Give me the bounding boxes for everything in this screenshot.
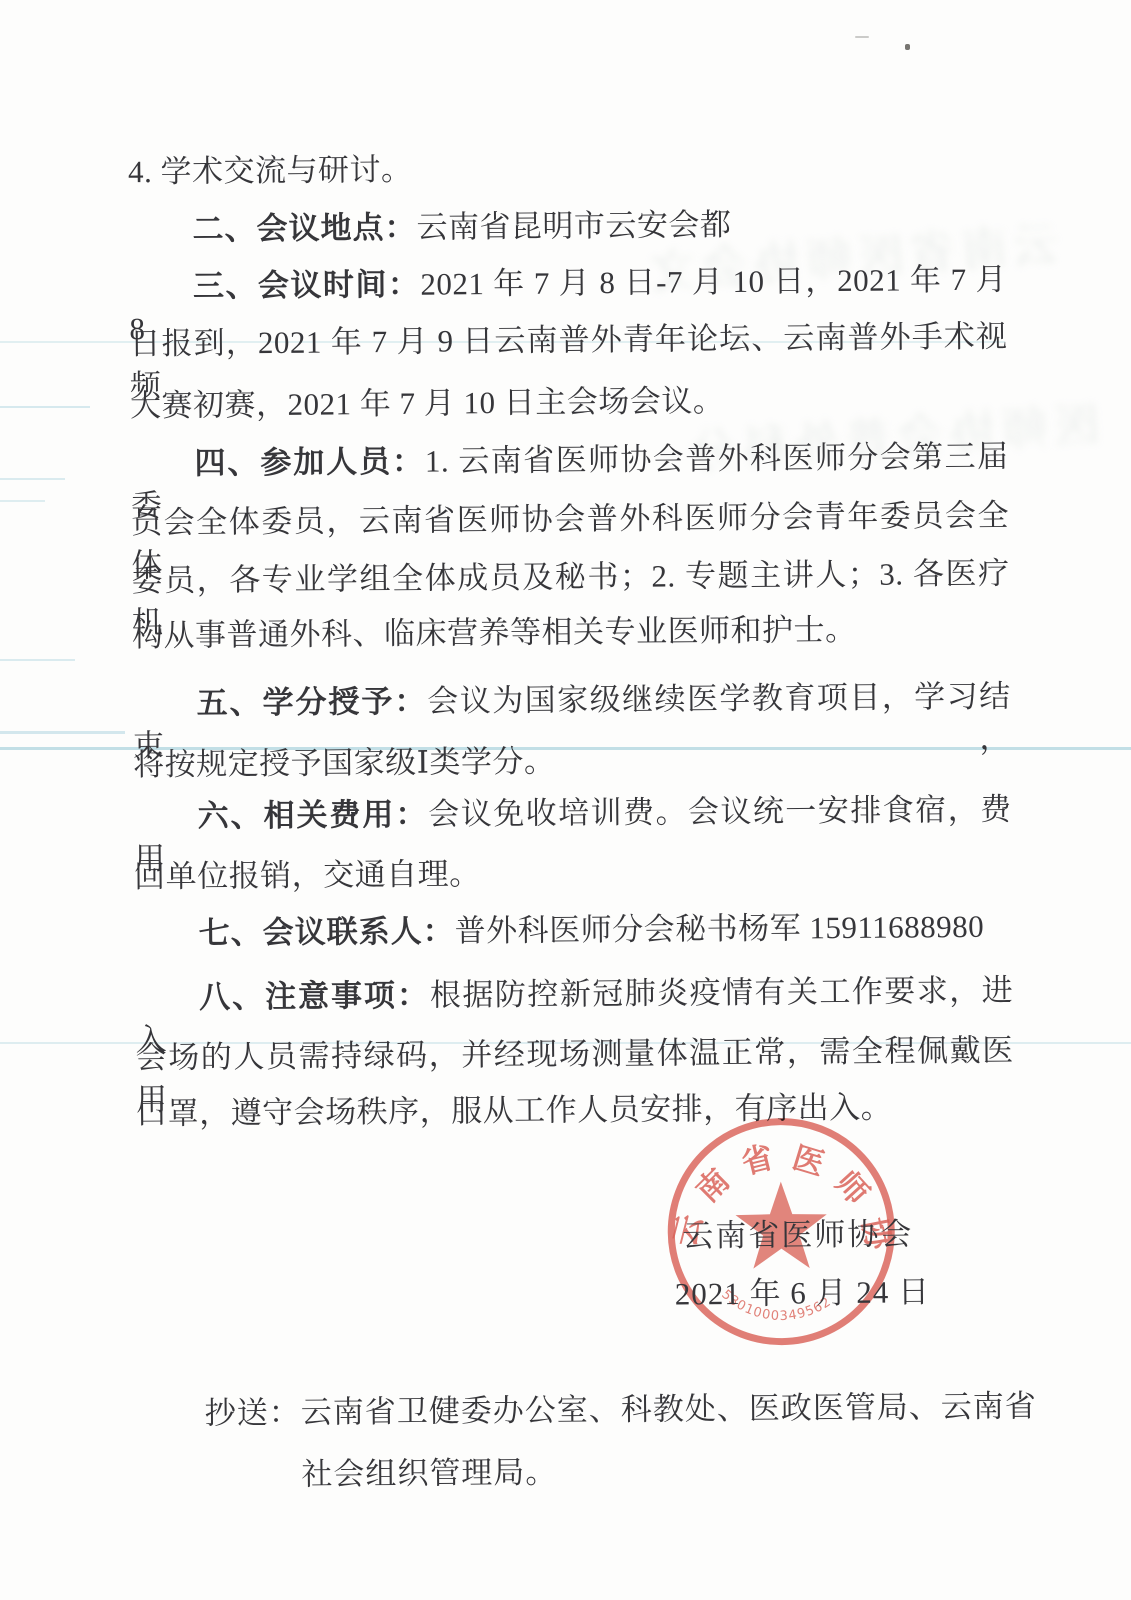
body-line: 大赛初赛，2021 年 7 月 10 日主会场会议。 bbox=[130, 378, 1008, 430]
cc-line-1: 抄送：云南省卫健委办公室、科教处、医政医管局、云南省 bbox=[205, 1380, 1037, 1432]
body-line: 五、学分授予：会议为国家级继续医学教育项目，学习结束， bbox=[132, 676, 1010, 728]
signature-org: 云南省医师协会 bbox=[682, 1208, 913, 1255]
document-page: { "page": {"background": "#fdfdfc", "tex… bbox=[0, 0, 1131, 1600]
body-line: 六、相关费用：会议免收培训费。会议统一安排食宿，费用 bbox=[133, 789, 1011, 841]
body-line: 4. 学术交流与研讨。 bbox=[128, 144, 1006, 196]
scanned-content: 4. 学术交流与研讨。 二、会议地点：云南省昆明市云安会都 三、会议时间：202… bbox=[0, 0, 1131, 1600]
body-line: 员会全体委员，云南省医师协会普外科医师分会青年委员会全体 bbox=[131, 495, 1009, 547]
body-line: 会场的人员需持绿码，并经现场测量体温正常，需全程佩戴医用 bbox=[136, 1030, 1014, 1082]
body-line: 八、注意事项：根据防控新冠肺炎疫情有关工作要求，进入 bbox=[135, 970, 1013, 1022]
body-line: 三、会议时间：2021 年 7 月 8 日-7 月 10 日，2021 年 7 … bbox=[129, 259, 1007, 311]
body-line: 四、参加人员：1. 云南省医师协会普外科医师分会第三届委 bbox=[130, 436, 1008, 488]
body-line: 日报到，2021 年 7 月 9 日云南普外青年论坛、云南普外手术视频 bbox=[129, 316, 1007, 368]
body-line: 委员，各专业学组全体成员及秘书；2. 专题主讲人；3. 各医疗机 bbox=[131, 553, 1009, 605]
cc-line-2: 社会组织管理局。 bbox=[301, 1447, 557, 1494]
body-line: 七、会议联系人：普外科医师分会秘书杨军 15911688980 bbox=[134, 906, 1012, 958]
signature-date: 2021 年 6 月 24 日 bbox=[675, 1266, 931, 1313]
body-line: 构从事普通外科、临床营养等相关专业医师和护士。 bbox=[132, 608, 1010, 660]
body-line: 回单位报销，交通自理。 bbox=[134, 849, 1012, 901]
body-line: 二、会议地点：云南省昆明市云安会都 bbox=[128, 202, 1006, 254]
body-line: 将按规定授予国家级Ⅰ类学分。 bbox=[133, 737, 1011, 789]
